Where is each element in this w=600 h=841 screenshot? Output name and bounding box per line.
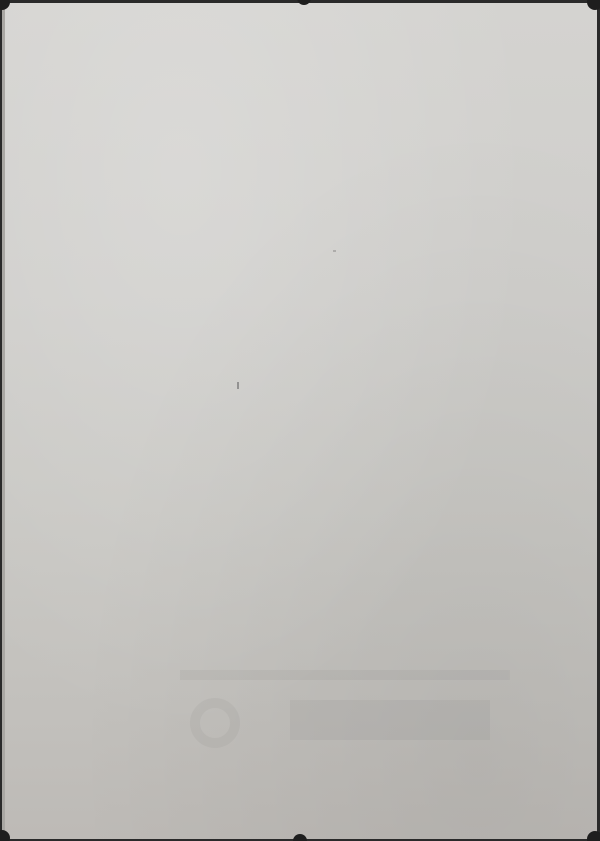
show-through-print bbox=[180, 670, 520, 780]
corner-fastener-bottom-right bbox=[587, 831, 600, 841]
photo: Mostly blank light-gray paper with faint… bbox=[0, 0, 600, 841]
paper-blemish bbox=[237, 382, 239, 389]
paper-edge bbox=[2, 3, 5, 839]
paper-blemish bbox=[333, 250, 336, 252]
fastener-bottom-center bbox=[293, 834, 307, 841]
